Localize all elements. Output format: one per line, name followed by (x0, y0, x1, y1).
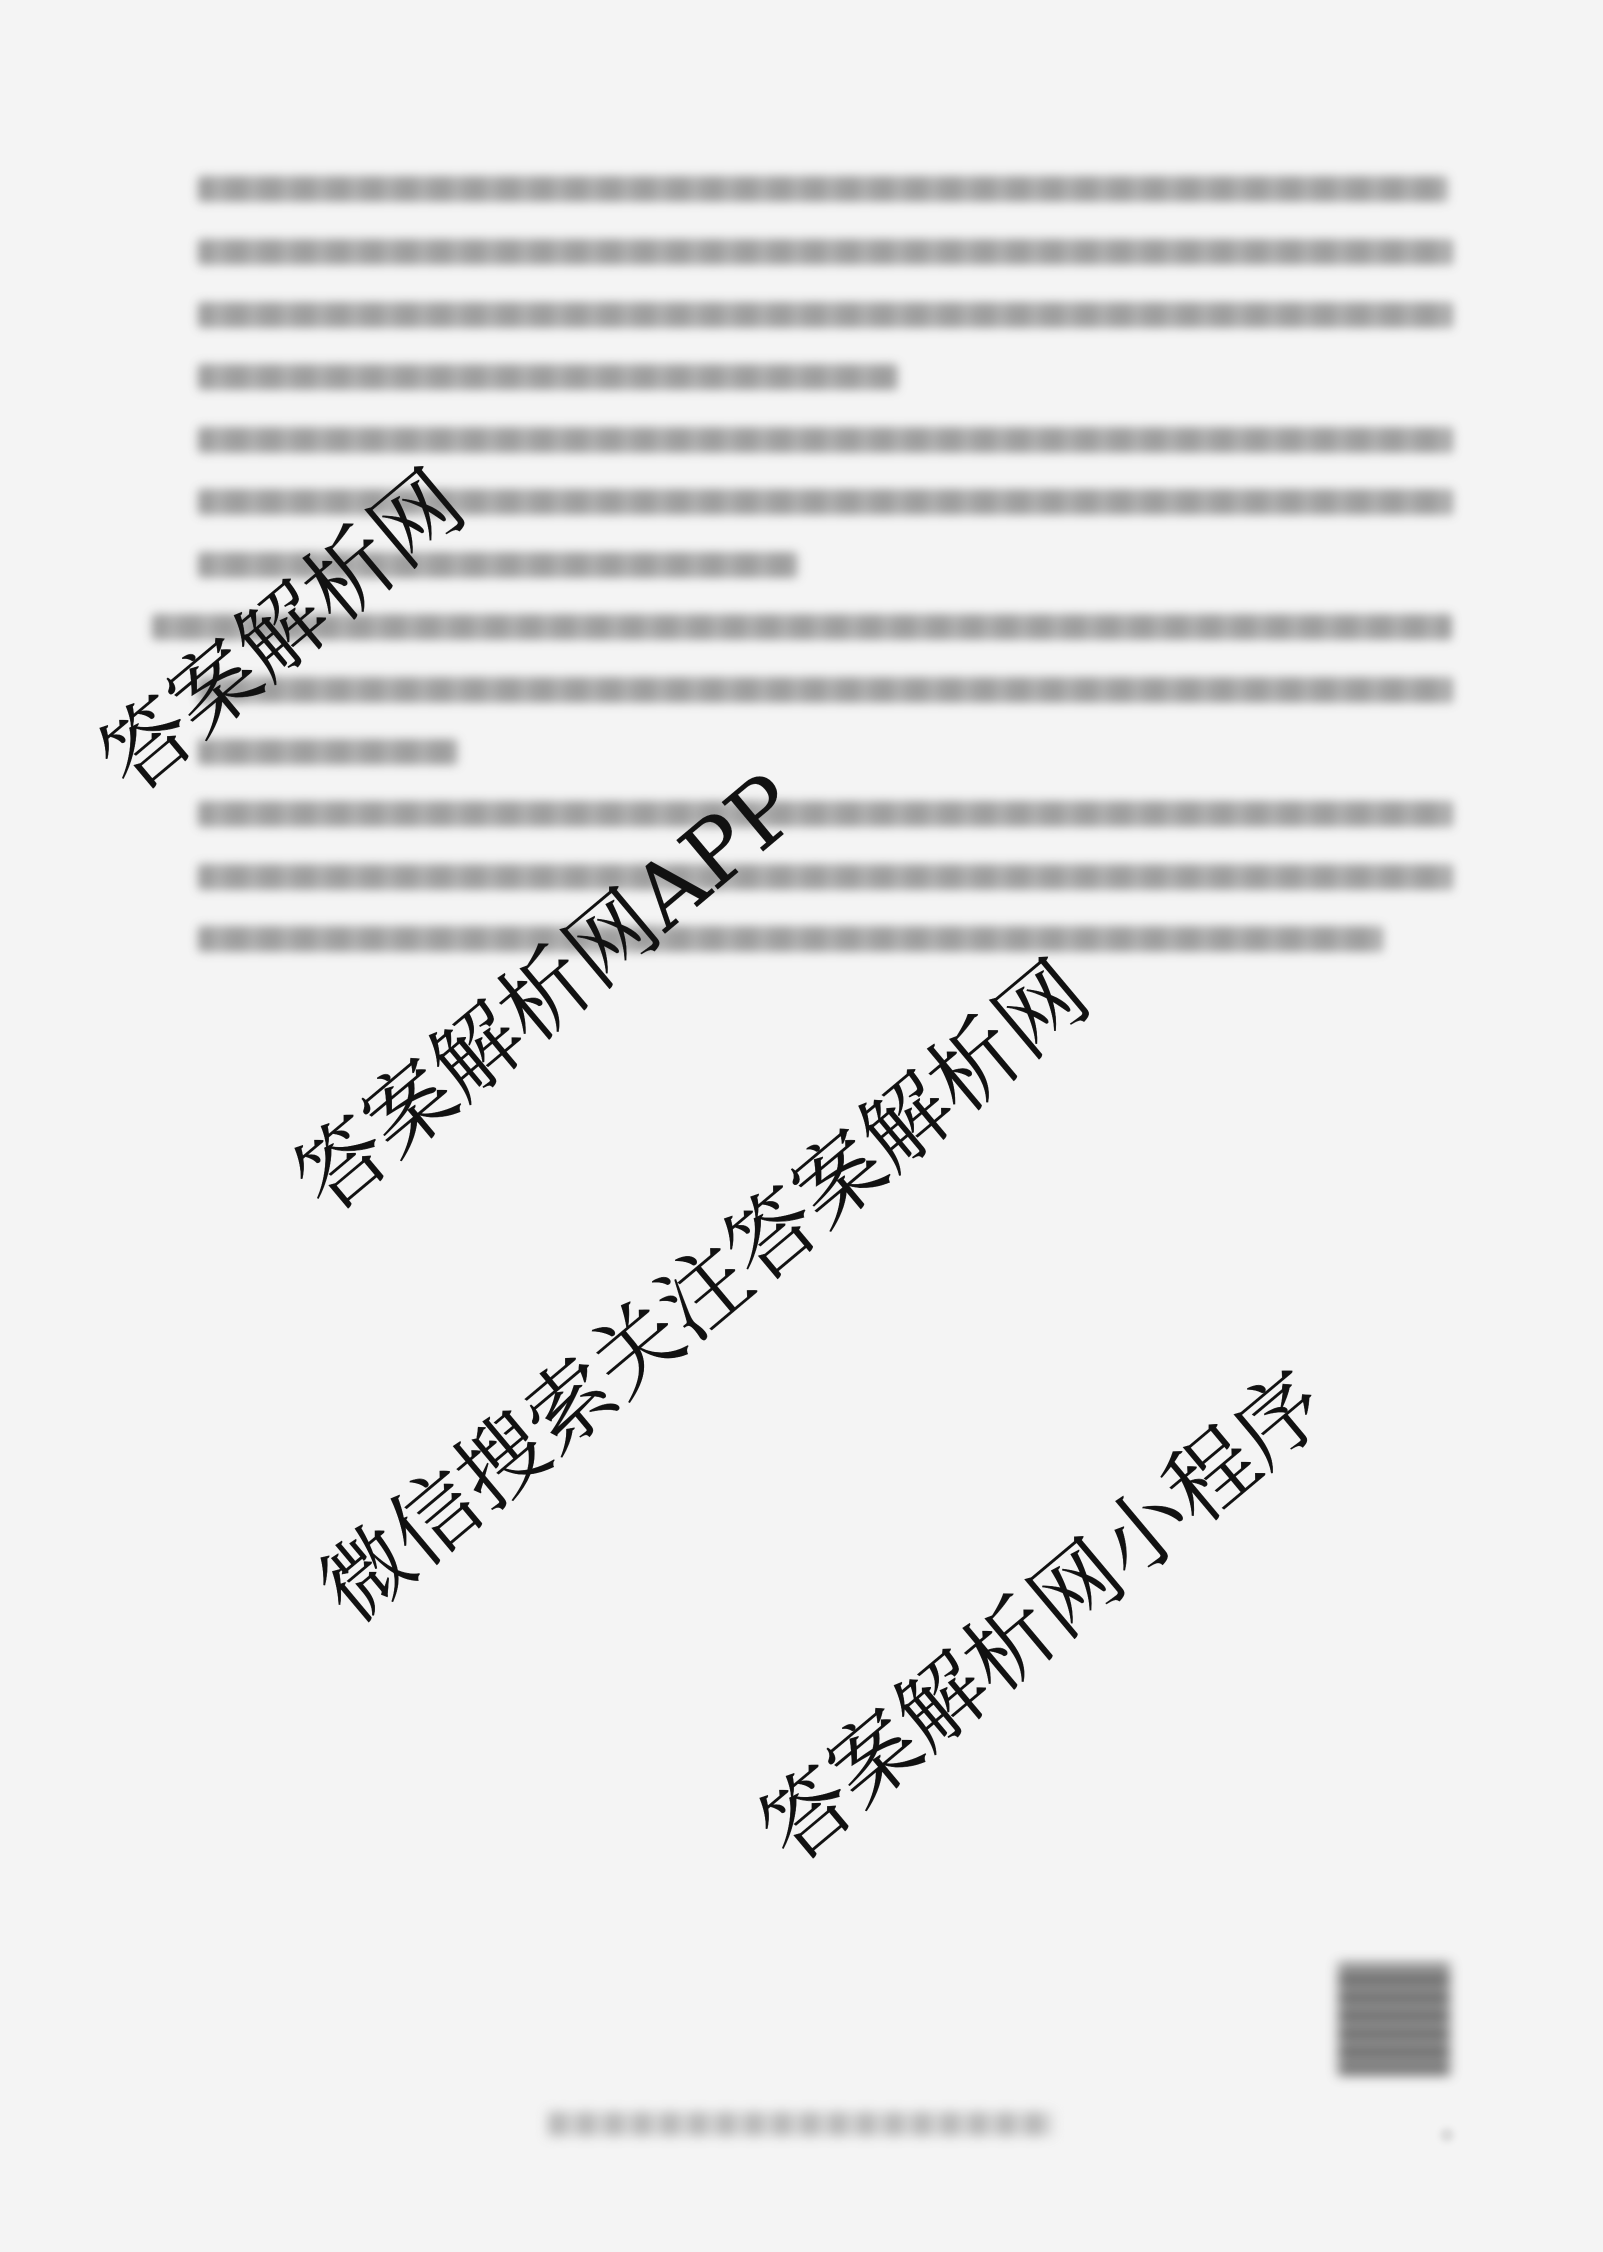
blurred-text-line (198, 364, 898, 390)
blurred-text-line (198, 677, 1453, 703)
blurred-text-line (198, 427, 1453, 453)
page-footer (548, 2112, 1053, 2136)
page-number-mark (1440, 2128, 1454, 2142)
blurred-text-line (198, 926, 1383, 952)
qr-code (1338, 1963, 1450, 2075)
blurred-text-line (198, 302, 1453, 328)
blurred-text-line (198, 176, 1448, 202)
watermark-4: 答案解析网小程序 (729, 1337, 1349, 1886)
blurred-text-line (198, 864, 1453, 890)
blurred-text-line (198, 239, 1453, 265)
blurred-text-line (198, 801, 1453, 827)
